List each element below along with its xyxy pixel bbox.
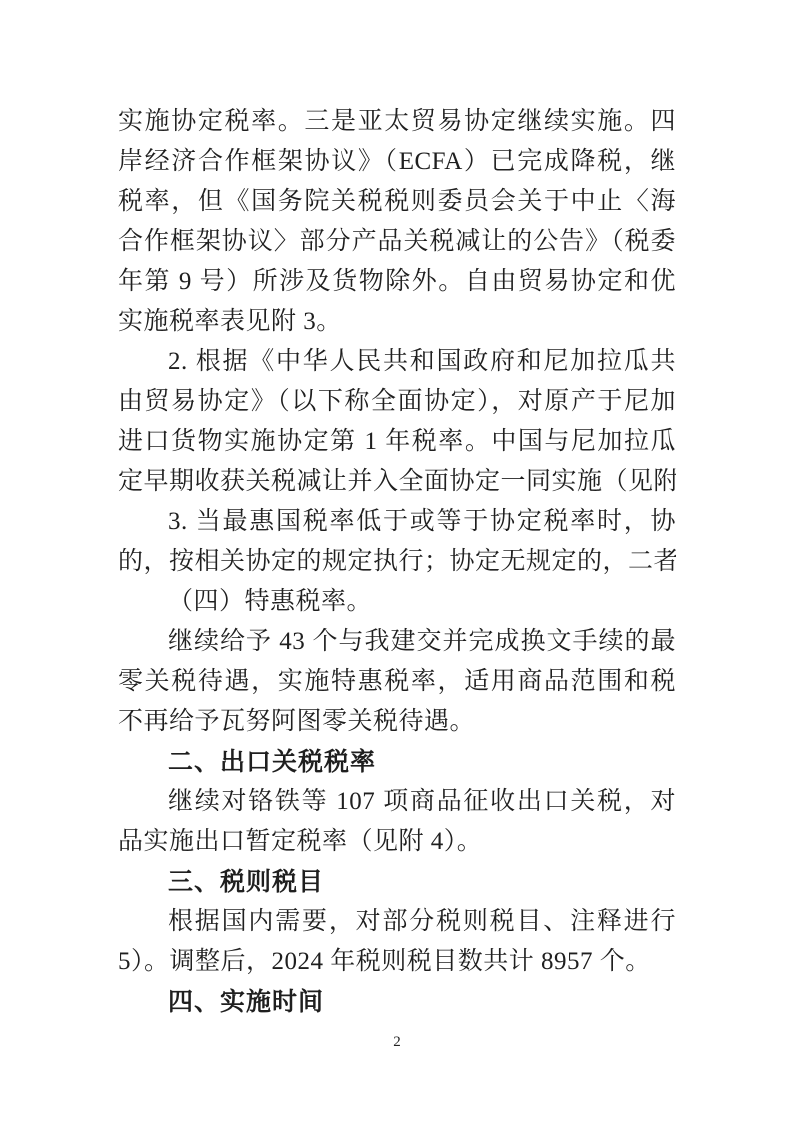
text-line: 3. 当最惠国税率低于或等于协定税率时，协定有规定 [118,502,676,542]
text-line: 零关税待遇，实施特惠税率，适用商品范围和税率维持不变， [118,662,676,702]
text-line: 岸经济合作框架协议》（ECFA）已完成降税，继续实施协定 [118,142,676,182]
text-line: 继续对铬铁等 107 项商品征收出口关税，对其中 68 项商 [118,782,676,822]
document-page: 实施协定税率。三是亚太贸易协定继续实施。四是《海峡两岸经济合作框架协议》（ECF… [0,0,794,1123]
text-line: 2. 根据《中华人民共和国政府和尼加拉瓜共和国政府自 [118,342,676,382]
section-heading: 三、税则税目 [118,862,676,902]
page-body: 实施协定税率。三是亚太贸易协定继续实施。四是《海峡两岸经济合作框架协议》（ECF… [118,0,676,1022]
page-number: 2 [0,1032,794,1052]
section-heading: 四、实施时间 [118,982,676,1022]
text-line: （四）特惠税率。 [118,582,676,622]
text-line: 定早期收获关税减让并入全面协定一同实施（见附 3）。 [118,462,676,502]
text-line: 税率，但《国务院关税税则委员会关于中止〈海峡两岸经济 [118,182,676,222]
text-line: 不再给予瓦努阿图零关税待遇。 [118,702,676,742]
text-line: 由贸易协定》（以下称全面协定），对原产于尼加拉瓜的部分 [118,382,676,422]
text-line: 进口货物实施协定第 1 年税率。中国与尼加拉瓜自由贸易协 [118,422,676,462]
text-line: 品实施出口暂定税率（见附 4）。 [118,822,676,862]
text-line: 的，按相关协定的规定执行；协定无规定的，二者从低适用。 [118,542,676,582]
text-line: 实施协定税率。三是亚太贸易协定继续实施。四是《海峡两 [118,102,676,142]
text-line: 5）。调整后，2024 年税则税目数共计 8957 个。 [118,942,676,982]
text-line: 继续给予 43 个与我建交并完成换文手续的最不发达国家 [118,622,676,662]
section-heading: 二、出口关税税率 [118,742,676,782]
text-line: 实施税率表见附 3。 [118,302,676,342]
text-line: 根据国内需要，对部分税则税目、注释进行调整（见附 [118,902,676,942]
text-line: 年第 9 号）所涉及货物除外。自由贸易协定和优惠贸易安排 [118,262,676,302]
text-line: 合作框架协议〉部分产品关税减让的公告》（税委会公告 2023 [118,222,676,262]
